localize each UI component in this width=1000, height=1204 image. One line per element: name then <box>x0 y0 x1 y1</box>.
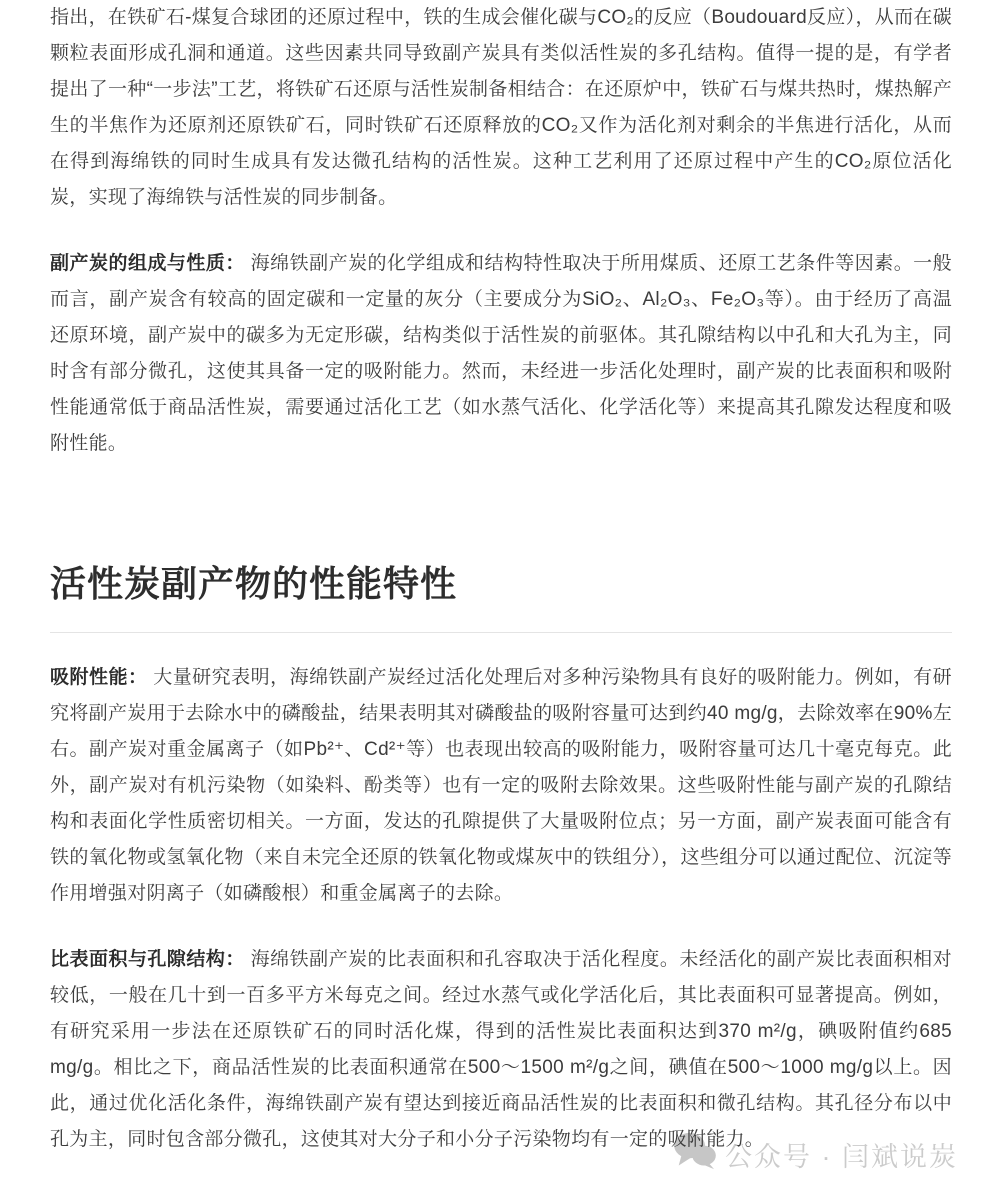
paragraph-surface-area-text: 海绵铁副产炭的比表面积和孔容取决于活化程度。未经活化的副产炭比表面积相对较低，一… <box>50 949 952 1150</box>
paragraph-adsorption-lead: 吸附性能： <box>50 667 147 688</box>
paragraph-composition-text: 海绵铁副产炭的化学组成和结构特性取决于所用煤质、还原工艺条件等因素。一般而言，副… <box>50 253 952 454</box>
article-page: 公众号 · 闫斌说炭 指出，在铁矿石-煤复合球团的还原过程中，铁的生成会催化碳与… <box>0 0 1000 1204</box>
section-heading: 活性炭副产物的性能特性 <box>50 562 952 606</box>
paragraph-surface-area-lead: 比表面积与孔隙结构： <box>50 949 245 970</box>
article-content: 指出，在铁矿石-煤复合球团的还原过程中，铁的生成会催化碳与CO₂的反应（Boud… <box>0 0 1000 1158</box>
paragraph-composition-lead: 副产炭的组成与性质： <box>50 253 245 274</box>
heading-divider <box>50 632 952 633</box>
paragraph-adsorption: 吸附性能： 大量研究表明，海绵铁副产炭经过活化处理后对多种污染物具有良好的吸附能… <box>50 660 952 912</box>
paragraph-adsorption-text: 大量研究表明，海绵铁副产炭经过活化处理后对多种污染物具有良好的吸附能力。例如，有… <box>50 667 952 904</box>
paragraph-reduction-process-text: 指出，在铁矿石-煤复合球团的还原过程中，铁的生成会催化碳与CO₂的反应（Boud… <box>50 7 952 208</box>
paragraph-composition: 副产炭的组成与性质： 海绵铁副产炭的化学组成和结构特性取决于所用煤质、还原工艺条… <box>50 246 952 462</box>
paragraph-reduction-process: 指出，在铁矿石-煤复合球团的还原过程中，铁的生成会催化碳与CO₂的反应（Boud… <box>50 0 952 216</box>
paragraph-surface-area: 比表面积与孔隙结构： 海绵铁副产炭的比表面积和孔容取决于活化程度。未经活化的副产… <box>50 942 952 1158</box>
